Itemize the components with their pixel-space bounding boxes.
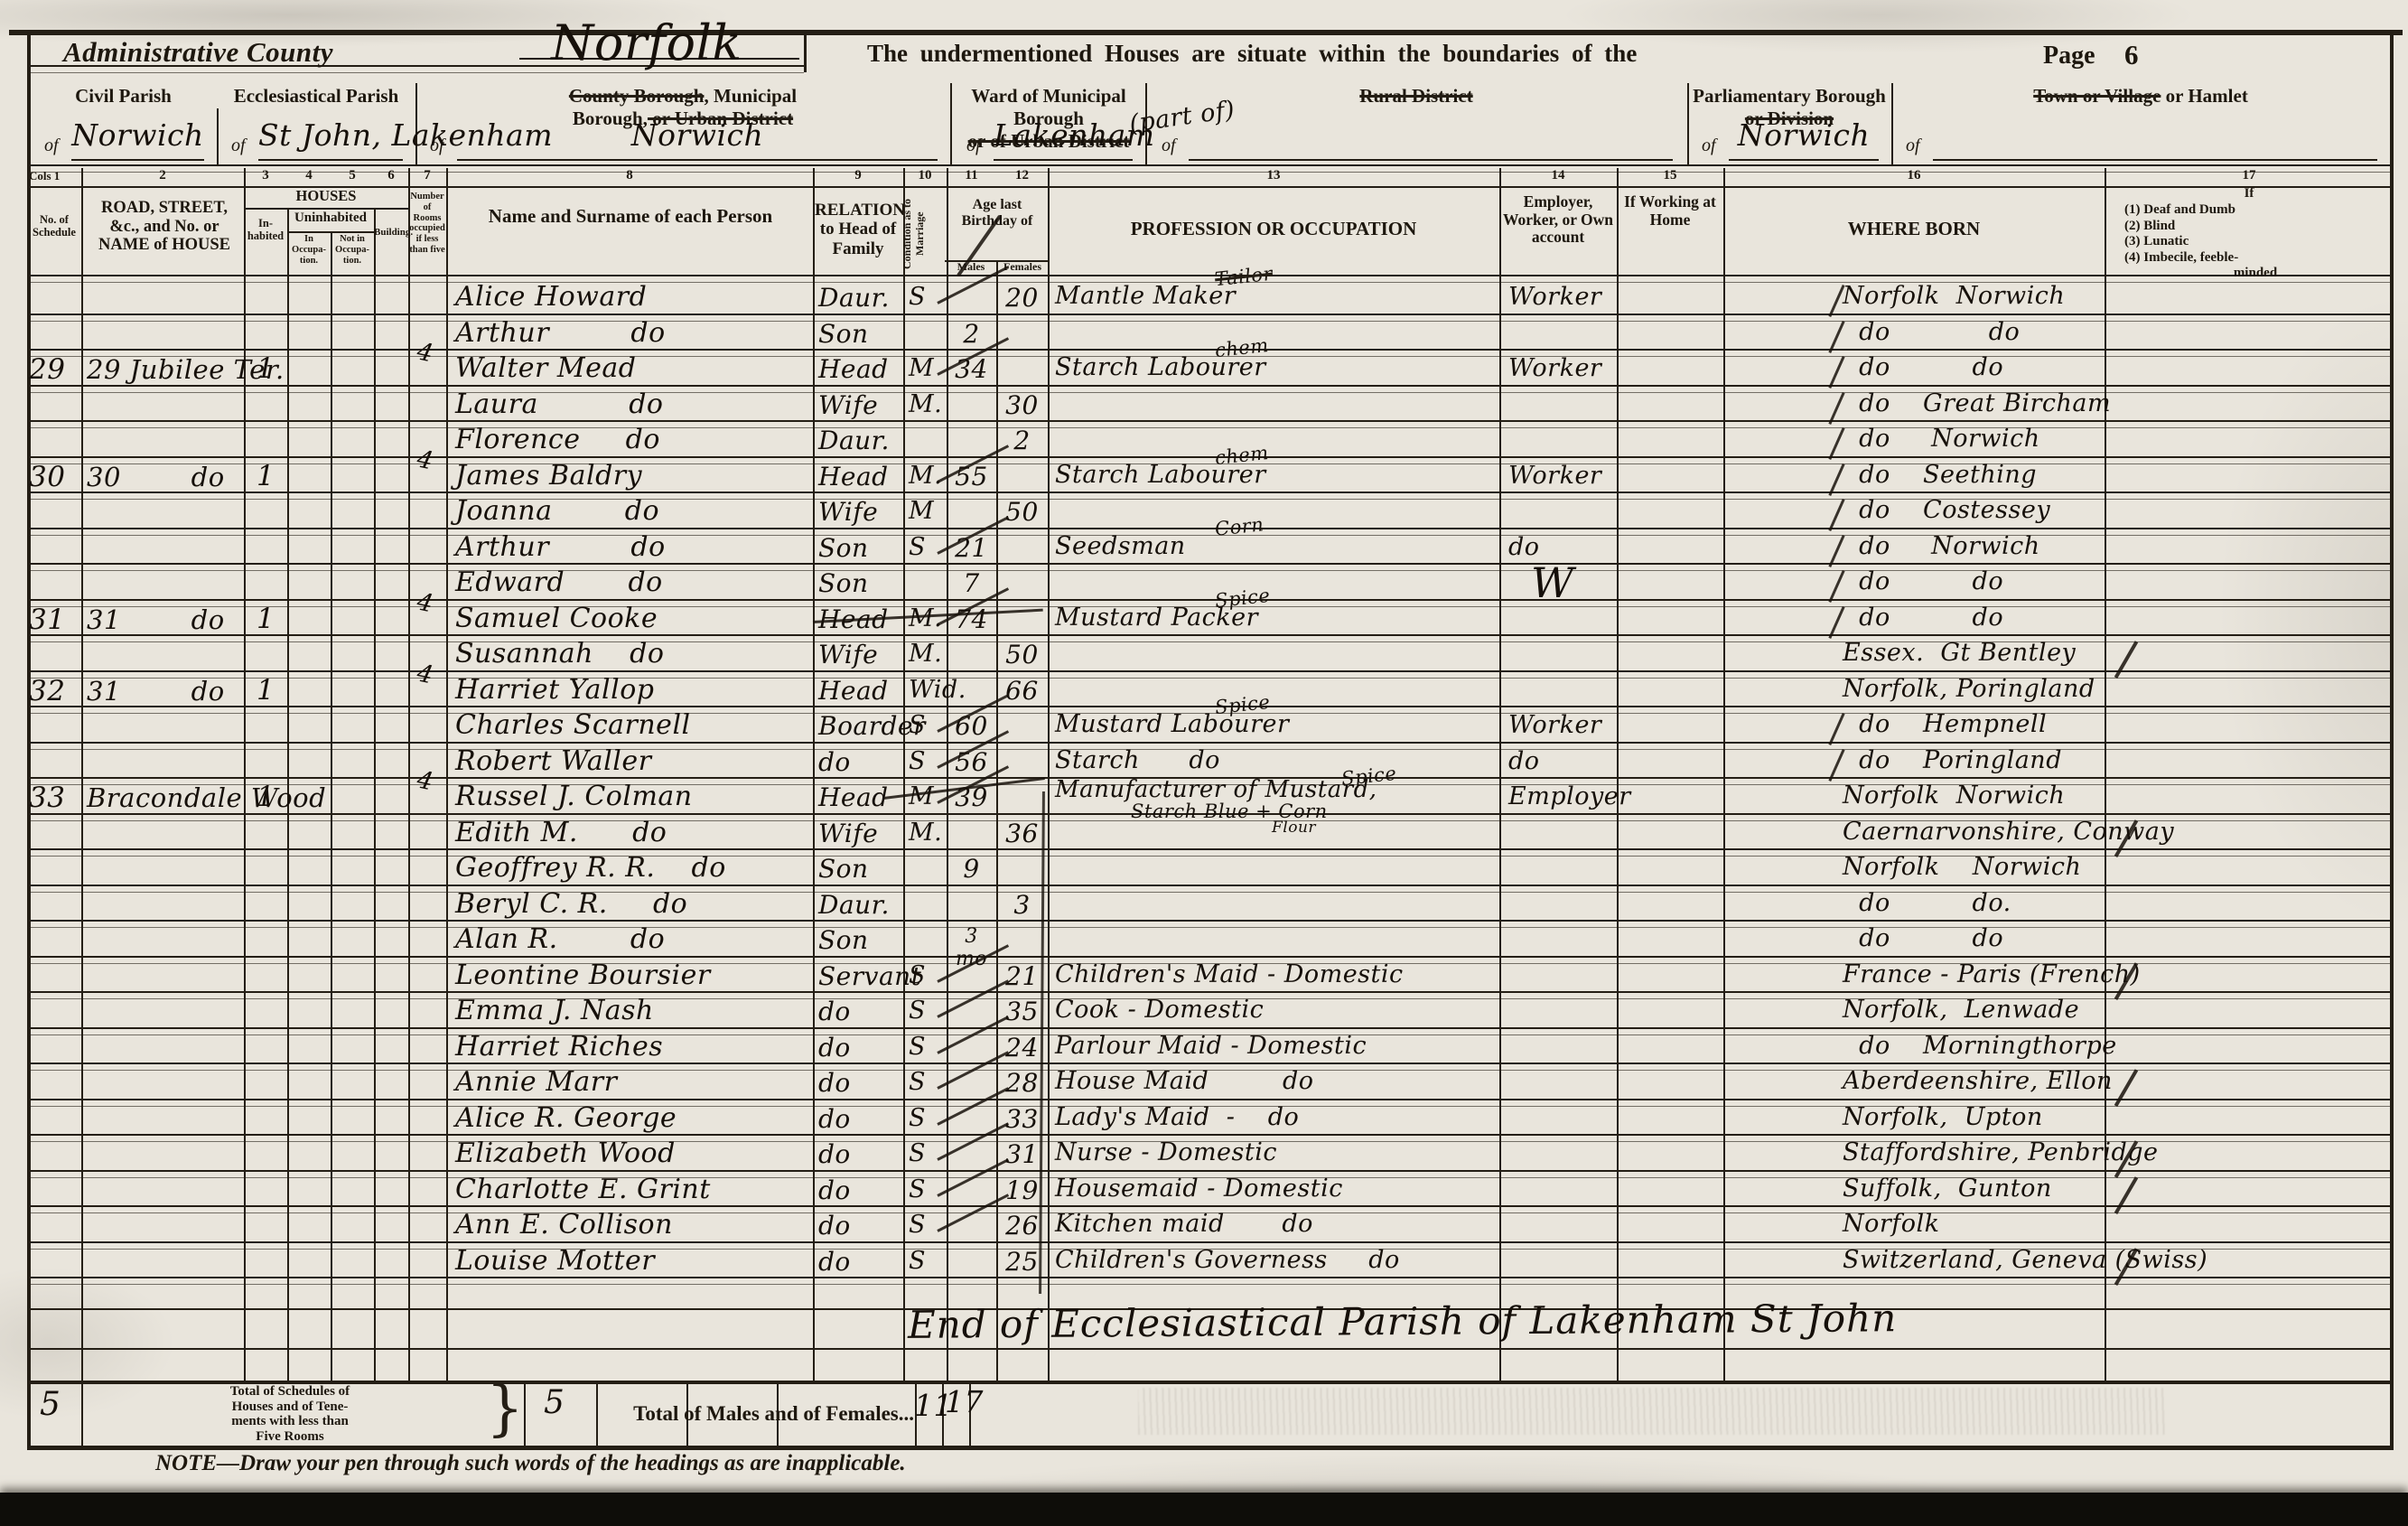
cell-relation: Servant <box>818 961 921 991</box>
cell-relation: do <box>818 747 851 777</box>
cell-where-born: Norfolk Norwich <box>1843 282 2065 310</box>
cell-inhabited: 1 <box>257 460 275 492</box>
cell-condition: S <box>909 711 926 739</box>
grid-line <box>804 30 807 72</box>
cell-where-born: do do <box>1843 567 2003 595</box>
cell-condition: S <box>909 1033 926 1061</box>
cell-where-born: Suffolk, Gunton <box>1843 1175 2052 1203</box>
cell-relation: Wife <box>818 497 878 527</box>
cell-age-female: 3 <box>996 890 1048 920</box>
cell-where-born: do Seething <box>1843 461 2037 489</box>
cell-where-born: do do. <box>1843 889 2011 917</box>
column-number: 10 <box>903 168 947 183</box>
cell-where-born: do Hempnell <box>1843 710 2047 738</box>
cell-where-born: Essex. Gt Bentley <box>1843 639 2076 667</box>
cell-name: Harriet Riches <box>455 1031 663 1063</box>
column-header-schedule: No. of Schedule <box>27 213 81 239</box>
cell-relation: Son <box>818 854 869 884</box>
column-header-uninhabited: Uninhabited <box>287 211 374 226</box>
grid-line <box>596 1381 598 1446</box>
column-header-relation: RELATION to Head of Family <box>815 201 901 258</box>
cell-relation: Head <box>818 676 889 706</box>
column-number: 5 <box>331 168 374 183</box>
grid-line <box>27 30 31 1449</box>
totals-houses-value: 5 <box>544 1384 565 1421</box>
cell-relation: do <box>818 1247 851 1277</box>
cell-relation: Wife <box>818 819 878 848</box>
mark-rooms: 4 <box>415 659 436 689</box>
cell-relation: do <box>818 1175 851 1205</box>
cell-relation: do <box>818 1068 851 1098</box>
cell-name: Geoffrey R. R. do <box>455 852 726 884</box>
cell-relation: do <box>818 1211 851 1240</box>
rule-line <box>994 159 1133 161</box>
cell-age-male: 2 <box>947 319 996 349</box>
column-number: 6 <box>374 168 408 183</box>
cell-name: Russel J. Colman <box>455 781 693 812</box>
cell-relation: Son <box>818 533 869 563</box>
district-of-town-or-village: of <box>1906 136 1920 156</box>
cell-relation: Wife <box>818 390 878 420</box>
cell-address: 31 do <box>87 676 225 707</box>
mark-rooms: 4 <box>415 766 436 797</box>
end-of-parish-note: End of Ecclesiastical Parish of Lakenham… <box>908 1296 1898 1347</box>
mark-rooms: 4 <box>415 338 436 369</box>
cell-address: 29 Jubilee Ter. <box>87 354 285 385</box>
cell-name: Charlotte E. Grint <box>455 1174 711 1205</box>
district-label-part: Town or Village <box>2033 85 2161 107</box>
cell-inhabited: 1 <box>257 674 275 707</box>
cell-condition: M <box>909 354 934 382</box>
district-value-ward: Lakenham <box>994 117 1133 153</box>
cell-relation: Son <box>818 319 869 349</box>
district-suffix-ward: (part of) <box>1127 96 1237 138</box>
cell-name: Susannah do <box>455 638 664 669</box>
cell-where-born: do Great Bircham <box>1843 389 2111 417</box>
rule-line <box>27 920 2394 928</box>
cell-where-born: do do <box>1843 604 2003 632</box>
cell-occupation-note: Spice <box>1214 584 1271 611</box>
cell-employer: Worker <box>1508 354 1601 382</box>
district-value-ecclesiastical-parish: St John, Lakenham <box>258 117 403 153</box>
cell-name: Robert Waller <box>455 745 651 777</box>
cell-name: Laura do <box>455 389 663 420</box>
cell-occupation: Lady's Maid - do <box>1055 1103 1299 1131</box>
rule-line <box>27 1446 2394 1450</box>
cell-condition: S <box>909 1104 926 1132</box>
district-value-county-borough: Norwich <box>457 117 938 153</box>
cell-occupation: Cook - Domestic <box>1055 996 1264 1024</box>
cell-condition: S <box>909 1068 926 1096</box>
cell-employer: Worker <box>1508 283 1601 311</box>
column-header-infirmity-line: (1) Deaf and Dumb <box>2124 202 2386 218</box>
column-header-infirmity-line: minded <box>2124 266 2386 281</box>
cell-name: Louise Motter <box>455 1245 655 1277</box>
rule-line <box>27 314 2394 322</box>
column-header-infirmity-line: (3) Lunatic <box>2124 234 2386 249</box>
totals-description-line: Houses and of Tene- <box>96 1400 484 1415</box>
cell-where-born: do Norwich <box>1843 532 2040 560</box>
column-header-employer: Employer, Worker, or Own account <box>1501 193 1615 247</box>
mark-rooms: 4 <box>415 587 436 618</box>
cell-where-born: do Poringland <box>1843 746 2062 774</box>
cell-relation: Wife <box>818 640 878 669</box>
scan-bottom-bar <box>0 1493 2408 1526</box>
cell-relation: Daur. <box>818 283 890 313</box>
cell-condition: S <box>909 283 926 311</box>
cell-where-born: France - Paris (French) <box>1843 960 2141 988</box>
admin-county-label: Administrative County <box>63 36 333 69</box>
cell-name: Beryl C. R. do <box>455 888 687 920</box>
grid-line <box>217 108 219 164</box>
cell-address: Bracondale Wood <box>87 782 326 813</box>
column-number: 16 <box>1723 168 2105 183</box>
column-header-age_group: Age last Birthday of <box>945 197 1050 229</box>
cell-age-male: 9 <box>947 854 996 884</box>
cell-schedule: 31 <box>29 604 79 636</box>
cell-relation: Head <box>818 462 889 492</box>
cell-name: Arthur do <box>455 317 666 349</box>
district-label-town-or-village: Town or Village or Hamlet <box>1893 85 2388 108</box>
column-number: 12 <box>996 168 1048 183</box>
cell-schedule: 29 <box>29 353 79 386</box>
cell-where-born: Switzerland, Geneva (Swiss) <box>1843 1246 2207 1274</box>
cell-where-born: do do <box>1843 318 2020 346</box>
cell-condition: S <box>909 1211 926 1239</box>
cell-where-born: do Morningthorpe <box>1843 1032 2117 1060</box>
cell-relation: Son <box>818 568 869 598</box>
cell-condition: M. <box>909 819 942 847</box>
cell-condition: M. <box>909 462 942 490</box>
rule-line <box>9 30 2403 35</box>
cell-where-born: Norfolk Norwich <box>1843 853 2081 881</box>
column-number: 15 <box>1617 168 1723 183</box>
cell-occupation: Kitchen maid do <box>1055 1210 1313 1238</box>
district-value-parliamentary-borough: Norwich <box>1729 117 1879 153</box>
cell-age-female: 50 <box>996 640 1048 669</box>
cell-employer: Worker <box>1508 462 1601 490</box>
census-page: Administrative County Norfolk The underm… <box>0 0 2408 1526</box>
cell-condition: M. <box>909 640 942 668</box>
district-label-part: County Borough <box>569 85 705 107</box>
cell-occupation-note: Tailor <box>1214 263 1274 291</box>
cell-name: Edward do <box>455 566 663 598</box>
rule-line <box>1933 159 2377 161</box>
cell-occupation-note: Spice <box>1340 763 1397 790</box>
cell-occupation: Mantle Maker <box>1055 282 1236 310</box>
cell-occupation: House Maid do <box>1055 1067 1314 1095</box>
district-label-part: Rural District <box>1359 85 1472 107</box>
cell-name: James Baldry <box>455 460 642 492</box>
column-number: 11 <box>947 168 996 183</box>
column-header-occupation: PROFESSION OR OCCUPATION <box>1051 219 1496 240</box>
cell-relation: Son <box>818 925 869 955</box>
cell-name: Samuel Cooke <box>455 603 658 634</box>
mark-rooms: 4 <box>415 445 436 475</box>
column-header-rooms: Number of Rooms occupied if less than fi… <box>409 192 445 256</box>
cell-relation: Head <box>818 354 889 384</box>
cell-where-born: Norfolk <box>1843 1210 1940 1238</box>
district-of-ecclesiastical-parish: of <box>231 136 246 156</box>
grid-line <box>81 1381 83 1446</box>
column-number: 4 <box>287 168 331 183</box>
column-number: 13 <box>1048 168 1499 183</box>
column-header-houses_group: HOUSES <box>244 188 408 204</box>
district-label-civil-parish: Civil Parish <box>32 85 215 108</box>
column-header-in_occupation: In Occupa-tion. <box>289 234 329 266</box>
column-header-name: Name and Surname of each Person <box>452 206 809 228</box>
cell-employer: do <box>1508 533 1540 561</box>
cell-occupation-note: Corn <box>1214 513 1265 540</box>
district-label-part: , Municipal <box>704 85 797 107</box>
column-number: 8 <box>446 168 813 183</box>
cell-occupation: Starch do <box>1055 746 1220 774</box>
column-header-where_born: WHERE BORN <box>1725 219 2103 240</box>
totals-males-females-label: Total of Males and of Females... <box>600 1402 914 1426</box>
cell-name: Walter Mead <box>455 352 636 384</box>
admin-county-value: Norfolk <box>551 14 742 71</box>
cell-name: Alan R. do <box>455 923 665 955</box>
rule-line <box>244 208 408 210</box>
rule-line <box>27 1277 2394 1285</box>
cell-name: Harriet Yallop <box>455 674 655 706</box>
grid-line <box>950 83 952 164</box>
cell-age-female: 66 <box>996 676 1048 706</box>
cell-employer: do <box>1508 747 1540 775</box>
cell-where-born: Norfolk, Poringland <box>1843 675 2095 703</box>
cell-occupation-line3: Flour <box>1272 819 1316 837</box>
cell-name: Elizabeth Wood <box>455 1137 676 1169</box>
cell-address: 31 do <box>87 604 225 635</box>
cell-condition: S <box>909 1175 926 1203</box>
cell-name: Joanna do <box>455 495 659 527</box>
cell-relation: Head <box>818 782 889 812</box>
cell-condition: M <box>909 782 934 810</box>
cell-employer: Employer <box>1508 782 1631 810</box>
cell-name: Edith M. do <box>455 817 667 848</box>
totals-description-line: Five Rooms <box>96 1429 484 1445</box>
column-number: 2 <box>81 168 244 183</box>
totals-brace: } <box>486 1373 524 1443</box>
cell-condition: S <box>909 961 926 989</box>
column-number: 14 <box>1499 168 1617 183</box>
district-of-rural-district: of <box>1162 136 1176 156</box>
column-header-not_in_occupation: Not in Occupa-tion. <box>332 234 372 266</box>
rule-line <box>1189 159 1673 161</box>
cell-occupation: Children's Maid - Domestic <box>1055 960 1404 988</box>
cell-where-born: Norfolk, Lenwade <box>1843 996 2079 1024</box>
cell-where-born: do Norwich <box>1843 425 2040 453</box>
footnote: NOTE—Draw your pen through such words of… <box>155 1451 906 1476</box>
cell-relation: do <box>818 1104 851 1134</box>
page-label: Page <box>2043 42 2095 70</box>
cell-condition: Wid. <box>909 676 966 704</box>
cell-occupation: Housemaid - Domestic <box>1055 1175 1343 1203</box>
cell-inhabited: 1 <box>257 352 275 385</box>
page-number: 6 <box>2124 39 2139 71</box>
district-label-ecclesiastical-parish: Ecclesiastical Parish <box>219 85 414 108</box>
district-label-part: or Hamlet <box>2161 85 2247 107</box>
column-header-infirmity-line: (4) Imbecile, feeble- <box>2124 250 2386 266</box>
totals-description-line: ments with less than <box>96 1414 484 1429</box>
cell-where-born: do do <box>1843 353 2003 381</box>
cell-occupation: Nurse - Domestic <box>1055 1138 1277 1166</box>
column-header-building: Building. <box>374 227 408 238</box>
cell-name: Arthur do <box>455 531 666 563</box>
cell-schedule: 33 <box>29 782 79 814</box>
column-header-infirmity_if: If <box>2106 186 2392 201</box>
cell-condition: M <box>909 497 934 525</box>
cell-condition: M. <box>909 390 942 418</box>
undermentioned-text: The undermentioned Houses are situate wi… <box>867 40 2150 68</box>
cell-condition: S <box>909 1247 926 1275</box>
cell-condition: S <box>909 1139 926 1167</box>
column-number: 3 <box>244 168 287 183</box>
cell-condition: S <box>909 533 926 561</box>
stamp-smudge <box>1138 1388 2168 1435</box>
column-header-infirmity-line: (2) Blind <box>2124 219 2386 234</box>
column-header-home: If Working at Home <box>1619 193 1722 229</box>
rule-line <box>457 159 938 161</box>
column-number: 9 <box>813 168 903 183</box>
cell-where-born: Aberdeenshire, Ellon <box>1843 1067 2113 1095</box>
cell-employer: W <box>1531 558 1574 607</box>
cell-where-born: Norfolk Norwich <box>1843 782 2065 810</box>
cell-relation: do <box>818 1033 851 1063</box>
cell-occupation: Parlour Maid - Domestic <box>1055 1032 1367 1060</box>
rule-line <box>27 1348 2394 1350</box>
cell-where-born: Staffordshire, Penbridge <box>1843 1138 2159 1166</box>
rule-line <box>258 159 403 161</box>
cell-relation: Daur. <box>818 890 890 920</box>
column-number-1: Cols 1 <box>29 169 83 183</box>
cell-occupation: Children's Governess do <box>1055 1246 1400 1274</box>
cell-age-female: 50 <box>996 497 1048 527</box>
cell-age-female: 20 <box>996 283 1048 313</box>
cell-name: Ann E. Collison <box>455 1209 673 1240</box>
cell-relation: Daur. <box>818 426 890 455</box>
cell-age-male: 7 <box>947 568 996 598</box>
cell-where-born: do do <box>1843 924 2003 952</box>
cell-where-born: Norfolk, Upton <box>1843 1103 2043 1131</box>
rule-line <box>27 885 2394 893</box>
totals-description-line: Total of Schedules of <box>96 1384 484 1400</box>
column-header-inhabited: In-habited <box>246 217 285 242</box>
rule-line <box>27 563 2394 571</box>
cell-schedule: 32 <box>29 675 79 707</box>
cell-condition: S <box>909 997 926 1025</box>
cell-age-female: 36 <box>996 819 1048 848</box>
cell-schedule: 30 <box>29 461 79 493</box>
totals-females-value: 17 <box>945 1384 984 1419</box>
cell-address: 30 do <box>87 462 225 492</box>
rule-line <box>71 159 204 161</box>
cell-employer: Worker <box>1508 711 1601 739</box>
district-of-ward: of <box>966 136 981 156</box>
cell-name: Alice R. George <box>455 1102 677 1134</box>
cell-relation: do <box>818 997 851 1026</box>
cell-name: Annie Marr <box>455 1066 617 1098</box>
cell-name: Emma J. Nash <box>455 995 654 1026</box>
cell-name: Leontine Boursier <box>455 960 711 991</box>
cell-age-female: 2 <box>996 426 1048 455</box>
cell-age-female: 30 <box>996 390 1048 420</box>
column-header-road: ROAD, STREET, &c., and No. or NAME of HO… <box>85 199 244 255</box>
cell-name: Florence do <box>455 424 660 455</box>
grid-line <box>524 1381 526 1446</box>
column-number: 7 <box>408 168 446 183</box>
cell-occupation: Seedsman <box>1055 532 1186 560</box>
cell-name: Charles Scarnell <box>455 709 691 741</box>
grid-line <box>2390 30 2394 1449</box>
cell-inhabited: 1 <box>257 603 275 635</box>
rule-line <box>1729 159 1879 161</box>
district-label-part: Civil Parish <box>75 85 172 107</box>
district-value-civil-parish: Norwich <box>71 117 204 153</box>
column-header-condition: Condition as to Marriage <box>901 192 947 276</box>
district-of-parliamentary-borough: of <box>1702 136 1716 156</box>
cell-occupation: Manufacturer of Mustard, <box>1055 776 1377 803</box>
cell-name: Alice Howard <box>455 281 647 313</box>
district-of-civil-parish: of <box>44 136 59 156</box>
district-label-part: Parliamentary Borough <box>1693 85 1886 107</box>
cell-where-born: do Costessey <box>1843 496 2050 524</box>
cell-condition: S <box>909 747 926 775</box>
column-header-males: Males <box>947 261 995 273</box>
cell-relation: do <box>818 1139 851 1169</box>
district-label-part: Ecclesiastical Parish <box>234 85 399 107</box>
cell-inhabited: 1 <box>257 781 275 813</box>
totals-schedule-value: 5 <box>40 1386 61 1423</box>
column-number: 17 <box>2105 168 2394 183</box>
